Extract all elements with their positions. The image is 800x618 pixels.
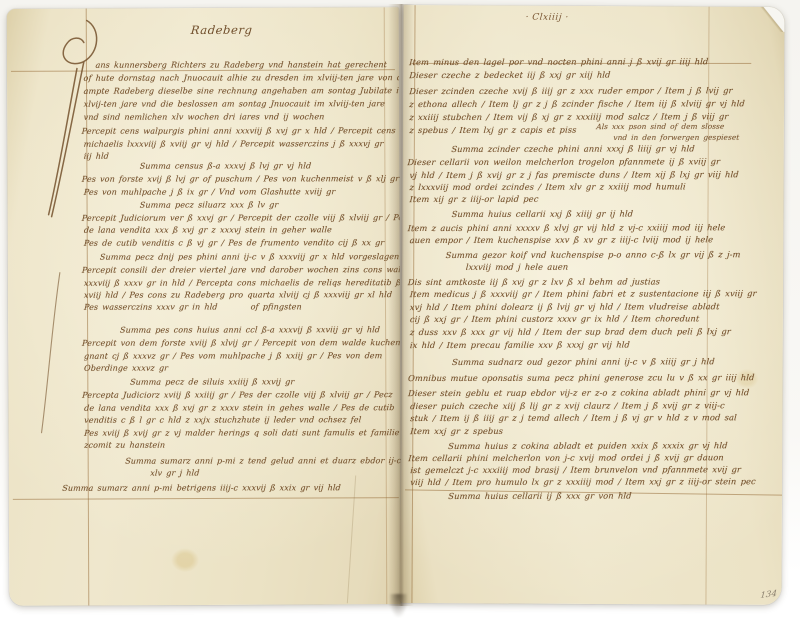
manuscript-line: venditis c ß l gr c hld z xxjx stuchzhut… [84,415,362,424]
manuscript-line: Pes xviij ß xvij gr z vj malder herings … [84,428,400,438]
manuscript-line: Summa sudnarz oud gezor phini anni ij-c … [452,356,715,367]
manuscript-line: Item minus den lagel por vnd nocten phin… [409,56,709,67]
manuscript-line: z ethona allech / Item lj gr z j ß zcind… [409,98,745,109]
manuscript-line: Percepta Judiciorz xviij ß xxiiij gr / P… [82,390,393,400]
manuscript-line: Summa huius z cokina abladt et puiden xx… [448,440,728,451]
manuscript-line: Dieser stein geblu et ruap ebdor vij-z e… [408,387,750,398]
manuscript-photo: Radeberg ans kunnersberg Richters zu Rad… [0,0,800,618]
manuscript-line: Item xxj gr z spebus [410,426,504,436]
manuscript-line: xviij hld / Pes cons zu Radeberg pro qua… [84,290,393,300]
manuscript-line: zcomit zu hanstein [84,441,166,450]
manuscript-line: z xxiiij stubchen / Item vij ß xj gr z x… [409,111,729,122]
manuscript-line: Pes von muhlpache j ß ix gr / Vnd vom Gl… [83,187,335,196]
manuscript-line: cij ß xxj gr / Item phini custorz xxxv g… [410,313,700,324]
manuscript-line: z lxxxviij mod ordei zcindes / Item xlv … [409,181,686,192]
manuscript-line: Summa pecz siluarz xxx ß lv gr [140,200,279,209]
manuscript-line: Oberdinge xxxvz gr [84,364,169,373]
manuscript-line: Percepit cens walpurgis phini anni xxxvi… [81,126,396,136]
manuscript-line: z spebus / Item lxj gr z capis et piss [409,125,577,135]
manuscript-line: ist gemelczt j-c xxxiiij mod brasij / It… [410,464,741,475]
right-page: · Clxiiij · Item minus den lagel por vnd… [400,5,784,605]
right-page-text-block: Item minus den lagel por vnd nocten phin… [403,5,784,603]
manuscript-line: vj hld / Item j ß xvij gr z j fas premis… [409,169,739,180]
manuscript-line: vnd sind nemlichen xlv wochen dri iares … [83,112,324,121]
manuscript-line: de lana vendita xxx ß xvj gr z xxxv stei… [84,403,395,413]
left-page-text-block: ans kunnersberg Richters zu Radeberg vnd… [7,8,400,606]
manuscript-line: michaelis lxxxviij ß xviij gr vj hld / P… [83,139,383,149]
manuscript-line: Summa zcinder czeche phini anni xxxj ß l… [451,143,695,154]
manuscript-line: lxxviij mod j hele auen [465,262,568,272]
manuscript-line: Pes de cutib venditis c ß vj gr / Pes de… [84,238,385,248]
manuscript-line: Dis sint amtkoste iij ß xvj gr z lxv ß x… [407,276,660,287]
manuscript-line: Dieser czeche z bedecket iij ß xxj gr xi… [409,70,611,81]
manuscript-line: Dieser zcinden czeche xvij ß iiij gr z x… [409,85,733,96]
manuscript-line: xlv gr j hld [150,469,200,478]
manuscript-line: auen empor / Item kuchenspise xxv ß xv g… [409,234,713,245]
manuscript-line: Omnibus mutue oponsatis suma pecz phini … [408,372,755,383]
manuscript-line: Dieser cellarii von weilon melcherlon tr… [407,156,720,167]
manuscript-line: de lana vendita xxx ß xvj gr z xxxvj ste… [84,225,333,234]
manuscript-line: Summa census ß-a xxxvj ß lvj gr vj hld [139,161,311,170]
manuscript-line: ix hld / Item precau familie xxv ß xxxj … [410,339,631,350]
manuscript-line: z duss xxv ß xxx gr vij hld / Item der s… [410,326,732,337]
manuscript-line: Percepit consili der dreier viertel jare… [82,265,402,275]
manuscript-line: Summa pes cons huius anni ccl ß-a xxxvij… [120,325,381,334]
manuscript-line: Item medicus j ß xxxviij gr / Item phini… [410,288,758,299]
manuscript-line: Summa sumarz anni p-mi betrigens iiij-c … [62,483,341,492]
manuscript-line: dieser puich czeche xiij ß lij gr z xvij… [410,400,725,411]
manuscript-line: Summa pecz dnij pes phini anni ij-c v ß … [100,252,402,262]
manuscript-line: Summa huius cellarii xxj ß xiiij gr ij h… [451,208,633,218]
manuscript-line: viij hld / Item pro humulo lx gr z xxxii… [410,476,756,487]
manuscript-line: ans kunnersberg Richters zu Radeberg vnd… [95,60,387,70]
left-page: Radeberg ans kunnersberg Richters zu Rad… [7,7,402,606]
margin-note-line: vnd in den forwergen gespieset [613,133,739,142]
manuscript-line: Item cellarii phini melcherlon von j-c x… [408,452,724,463]
margin-note-line: Als xxx pson sind of dem slosse [596,122,725,131]
manuscript-line: Percepit Judiciorum ver ß xxvj gr / Perc… [82,213,402,223]
manuscript-line: iij hld [83,152,109,161]
manuscript-line: Item xij gr z iiij-or lapid pec [409,194,539,204]
manuscript-line: gnant cj ß xxxvz gr / Pes vom muhlpache … [84,351,383,361]
manuscript-line: Summa sumarz anni p-mi z tend gelud anni… [125,456,401,466]
manuscript-line: Pes von forste xvij ß lvj gr of puschum … [81,174,399,184]
manuscript-line: Summa pecz de siluis xxiiij ß xxvij gr [130,377,295,386]
manuscript-line: xvj hld / Item phini dolearz ij ß lvij g… [410,301,720,312]
manuscript-line: Percepit von dem forste xviij ß xlvij gr… [82,338,402,348]
manuscript-line: xxxviij ß xxxv gr in hld / Percepta cons… [84,278,402,288]
manuscript-line: xlvij-ten jare vnd die beslossen am sont… [83,99,385,109]
manuscript-line: stuk / Item ij ß iiij gr z j temd allech… [410,412,737,423]
fold-bottom-shadow [390,594,407,618]
manuscript-line: Item z aucis phini anni xxxxv ß xlvj gr … [407,222,725,233]
manuscript-line: of hute dornstag nach Jnuocauit alhie zu… [83,73,401,83]
manuscript-line: Summa huius cellarii ij ß xxx gr von hld [448,490,632,500]
manuscript-line: Pes wasserczins xxxv gr in hld of pfings… [84,302,302,311]
manuscript-line: ampte Radeberg dieselbe sine rechnung an… [83,86,401,96]
manuscript-line: Summa gezor koif vnd kuchenspise p-o ann… [445,249,741,260]
